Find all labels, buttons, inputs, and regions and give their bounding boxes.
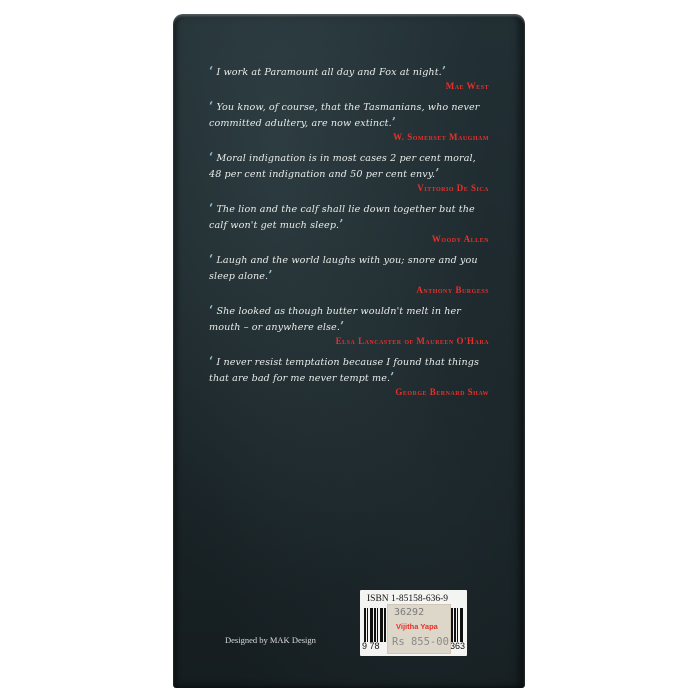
open-quote-icon: ‘ (209, 303, 213, 317)
quote-author: Vittorio De Sica (209, 183, 489, 193)
quote-author: Elsa Lancaster of Maureen O'Hara (209, 336, 489, 346)
quote-item: ‘ The lion and the calf shall lie down t… (209, 201, 489, 244)
quote-author: George Bernard Shaw (209, 387, 489, 397)
close-quote-icon: ’ (339, 217, 343, 231)
open-quote-icon: ‘ (209, 99, 213, 113)
open-quote-icon: ‘ (209, 150, 213, 164)
quote-author: Anthony Burgess (209, 285, 489, 295)
design-credit: Designed by MAK Design (225, 635, 316, 645)
open-quote-icon: ‘ (209, 354, 213, 368)
quote-item: ‘ Moral indignation is in most cases 2 p… (209, 150, 489, 193)
sticker-code: 36292 (394, 607, 424, 618)
open-quote-icon: ‘ (209, 252, 213, 266)
close-quote-icon: ’ (435, 166, 439, 180)
isbn-text: ISBN 1-85158-636-9 (367, 594, 448, 604)
quote-author: Mae West (209, 81, 489, 91)
sticker-store: Vijitha Yapa (396, 622, 438, 631)
sticker-price: Rs 855-00 (392, 636, 449, 648)
open-quote-icon: ‘ (209, 64, 213, 78)
barcode-label: ISBN 1-85158-636-9 9 78 3363 36292 Vijit… (360, 590, 467, 656)
quote-author: W. Somerset Maugham (209, 132, 489, 142)
close-quote-icon: ’ (392, 115, 396, 129)
quote-item: ‘ I never resist temptation because I fo… (209, 354, 489, 397)
quote-item: ‘ I work at Paramount all day and Fox at… (209, 64, 489, 91)
price-sticker: 36292 Vijitha Yapa Rs 855-00 (388, 605, 450, 653)
quote-item: ‘ Laugh and the world laughs with you; s… (209, 252, 489, 295)
quotes-list: ‘ I work at Paramount all day and Fox at… (209, 64, 489, 405)
quote-text: She looked as though butter wouldn't mel… (209, 306, 461, 333)
close-quote-icon: ’ (390, 370, 394, 384)
quote-item: ‘ You know, of course, that the Tasmania… (209, 99, 489, 142)
close-quote-icon: ’ (268, 268, 272, 282)
close-quote-icon: ’ (340, 319, 344, 333)
barcode-digits-left: 9 78 (362, 641, 380, 651)
quote-text: I never resist temptation because I foun… (209, 357, 479, 384)
quote-author: Woody Allen (209, 234, 489, 244)
close-quote-icon: ’ (442, 64, 446, 78)
quote-text: Laugh and the world laughs with you; sno… (209, 255, 478, 282)
quote-item: ‘ She looked as though butter wouldn't m… (209, 303, 489, 346)
quote-text: You know, of course, that the Tasmanians… (209, 102, 479, 129)
open-quote-icon: ‘ (209, 201, 213, 215)
quote-text: I work at Paramount all day and Fox at n… (216, 67, 441, 78)
book-back-cover: ‘ I work at Paramount all day and Fox at… (173, 14, 525, 688)
